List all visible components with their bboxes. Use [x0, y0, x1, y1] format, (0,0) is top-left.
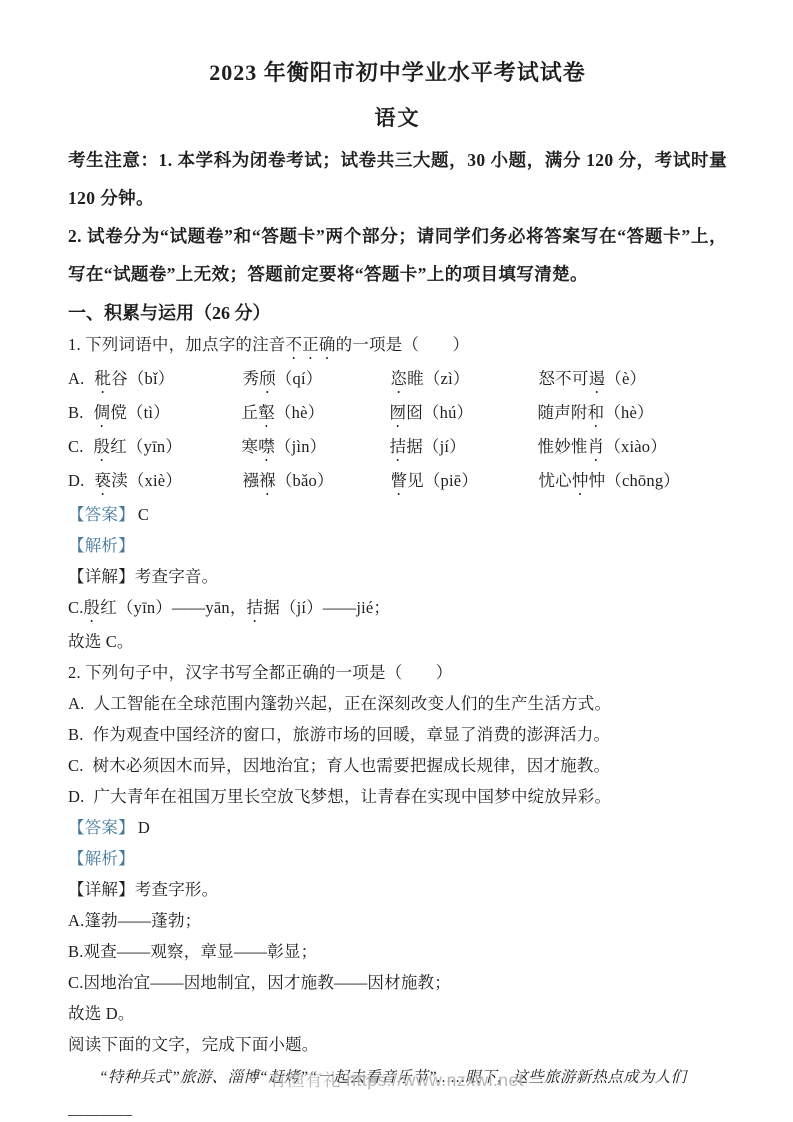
q2-analysis-line: 【解析】 [68, 843, 727, 874]
section-heading: 一、积累与运用（26 分） [68, 297, 727, 329]
q2-explain-line-b: B.观查——观察，章显——彰显； [68, 936, 727, 967]
q2-answer-label: 【答案】 [68, 818, 135, 837]
word-pinyin-term: 秀颀（qí） [242, 363, 360, 397]
reading-intro: 阅读下面的文字，完成下面小题。 [68, 1029, 727, 1060]
word-pinyin-term: 瞥见（piē） [390, 465, 508, 499]
q1-option-a: A.秕谷（bǐ）秀颀（qí）恣睢（zì）怒不可遏（è） [68, 363, 727, 397]
q2-stem: 2. 下列句子中，汉字书写全都正确的一项是（ ） [68, 657, 727, 688]
q2-conclusion-line: 故选 D。 [68, 998, 727, 1029]
word-pinyin-term: 殷红（yīn） [94, 431, 212, 465]
option-text: 树木必须因木而异，因地治宜；育人也需要把握成长规律，因才施教。 [93, 750, 611, 781]
option-label: B. [68, 397, 84, 428]
subject-title: 语文 [68, 101, 727, 135]
q1-answer-label: 【答案】 [68, 505, 135, 524]
q2-explain-line-c: C.因地治宜——因地制宜，因才施教——因材施教； [68, 967, 727, 998]
option-label: C. [68, 431, 84, 462]
word-pinyin-term: 怒不可遏（è） [538, 363, 646, 397]
option-text: 作为观查中国经济的窗口，旅游市场的回暖，章显了消费的澎湃活力。 [93, 719, 611, 750]
q1-explain-line: C.殷红（yīn）——yān，拮据（jí）——jié； [68, 592, 727, 626]
word-pinyin-term: 随声附和（hè） [538, 397, 654, 431]
option-label: D. [68, 465, 84, 496]
q2-options: A.人工智能在全球范围内篷勃兴起，正在深刻改变人们的生产生活方式。B.作为观查中… [68, 688, 727, 812]
q2-detail-line: 【详解】考查字形。 [68, 874, 727, 905]
word-pinyin-term: 倜傥（tì） [94, 397, 212, 431]
q2-option-a: A.人工智能在全球范围内篷勃兴起，正在深刻改变人们的生产生活方式。 [68, 688, 727, 719]
notice-line-2: 2. 试卷分为“试题卷”和“答题卡”两个部分；请同学们务必将答案写在“答题卡”上… [68, 217, 727, 293]
page-title: 2023 年衡阳市初中学业水平考试试卷 [68, 56, 727, 90]
option-label: D. [68, 781, 84, 812]
word-pinyin-term: 恣睢（zì） [390, 363, 508, 397]
notice-line-1: 考生注意：1. 本学科为闭卷考试；试卷共三大题，30 小题，满分 120 分，考… [68, 141, 727, 217]
word-pinyin-term: 秕谷（bǐ） [94, 363, 212, 397]
option-label: C. [68, 750, 84, 781]
q1-option-c: C.殷红（yīn）寒噤（jìn）拮据（jí）惟妙惟肖（xiào） [68, 431, 727, 465]
q2-answer-line: 【答案】D [68, 812, 727, 843]
exam-paper-page: 2023 年衡阳市初中学业水平考试试卷 语文 考生注意：1. 本学科为闭卷考试；… [0, 0, 793, 1122]
q1-detail-line: 【详解】考查字音。 [68, 561, 727, 592]
word-pinyin-term: 亵渎（xiè） [94, 465, 212, 499]
word-pinyin-term: 拮据（jí） [390, 431, 508, 465]
q2-explain-line-a: A.篷勃——蓬勃； [68, 905, 727, 936]
footer-watermark: 有渔有礼 https://www.nzxwl.net [0, 1067, 793, 1092]
q2-analysis-label: 【解析】 [68, 849, 135, 868]
word-pinyin-term: 囫囵（hú） [390, 397, 508, 431]
option-text: 广大青年在祖国万里长空放飞梦想，让青春在实现中国梦中绽放异彩。 [93, 781, 611, 812]
word-pinyin-term: 惟妙惟肖（xiào） [538, 431, 667, 465]
q1-conclusion-line: 故选 C。 [68, 626, 727, 657]
word-pinyin-term: 襁褓（bǎo） [242, 465, 360, 499]
q1-answer-line: 【答案】C [68, 499, 727, 530]
q1-option-b: B.倜傥（tì）丘壑（hè）囫囵（hú）随声附和（hè） [68, 397, 727, 431]
q1-option-d: D.亵渎（xiè）襁褓（bǎo）瞥见（piē）忧心忡忡（chōng） [68, 465, 727, 499]
q2-option-c: C.树木必须因木而异，因地治宜；育人也需要把握成长规律，因才施教。 [68, 750, 727, 781]
q2-answer-value: D [138, 818, 150, 837]
q2-option-d: D.广大青年在祖国万里长空放飞梦想，让青春在实现中国梦中绽放异彩。 [68, 781, 727, 812]
word-pinyin-term: 丘壑（hè） [242, 397, 360, 431]
option-label: B. [68, 719, 84, 750]
q1-options: A.秕谷（bǐ）秀颀（qí）恣睢（zì）怒不可遏（è）B.倜傥（tì）丘壑（hè… [68, 363, 727, 499]
q1-answer-value: C [138, 505, 149, 524]
q1-stem: 1. 下列词语中，加点字的注音不正确的一项是（ ） [68, 329, 727, 363]
q2-option-b: B.作为观查中国经济的窗口，旅游市场的回暖，章显了消费的澎湃活力。 [68, 719, 727, 750]
exam-content: 2023 年衡阳市初中学业水平考试试卷 语文 考生注意：1. 本学科为闭卷考试；… [0, 0, 793, 1122]
option-text: 人工智能在全球范围内篷勃兴起，正在深刻改变人们的生产生活方式。 [93, 688, 611, 719]
candidate-notice: 考生注意：1. 本学科为闭卷考试；试卷共三大题，30 小题，满分 120 分，考… [68, 141, 727, 293]
option-label: A. [68, 688, 84, 719]
word-pinyin-term: 寒噤（jìn） [242, 431, 360, 465]
option-label: A. [68, 363, 84, 394]
q1-analysis-line: 【解析】 [68, 530, 727, 561]
word-pinyin-term: 忧心忡忡（chōng） [538, 465, 680, 499]
q1-analysis-label: 【解析】 [68, 536, 135, 555]
